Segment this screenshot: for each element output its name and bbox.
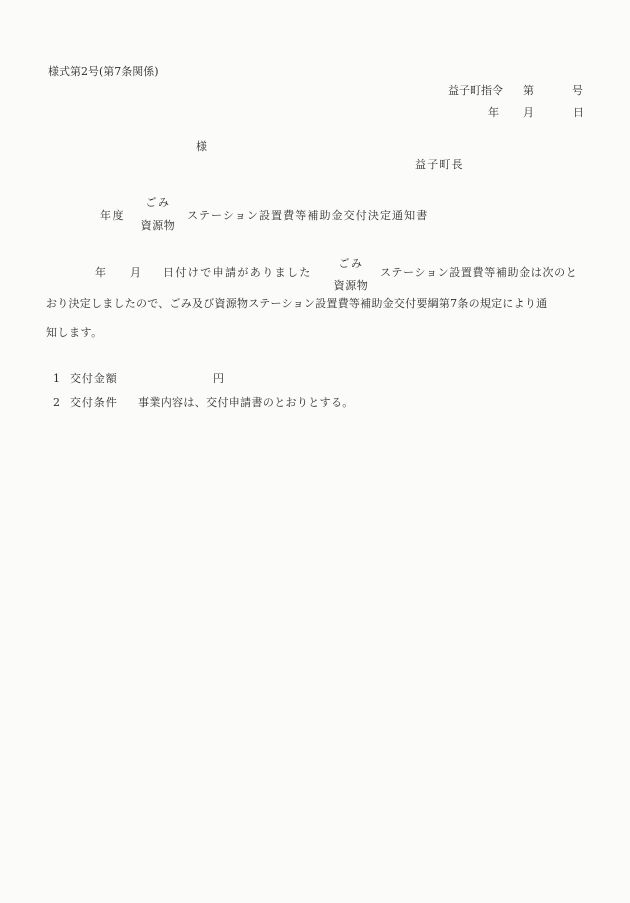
- item1-grant-amount-label: 交付金額: [70, 372, 118, 385]
- body-line1-rest: ステーション設置費等補助金は次のと: [380, 266, 577, 279]
- item2-number: 2: [53, 396, 60, 409]
- title-recyclables-label: 資源物: [141, 219, 176, 232]
- title-garbage-label: ごみ: [146, 196, 171, 209]
- item2-conditions-text: 事業内容は、交付申請書のとおりとする。: [138, 396, 354, 409]
- item1-yen-unit: 円: [213, 372, 224, 385]
- form-number: 様式第2号(第7条関係): [48, 65, 159, 78]
- document-title: ステーション設置費等補助金交付決定通知書: [187, 209, 428, 222]
- item1-number: 1: [53, 372, 60, 385]
- body-line3: 知します。: [46, 326, 103, 339]
- header-date-month-label: 月: [523, 106, 534, 119]
- item2-grant-conditions-label: 交付条件: [70, 396, 118, 409]
- body-date-month-label: 月: [130, 266, 141, 279]
- document-page: 様式第2号(第7条関係) 益子町指令 第 号 年 月 日 様 益子町長 年度 ご…: [0, 0, 630, 903]
- body-date-year-label: 年: [95, 266, 106, 279]
- body-recyclables-label: 資源物: [334, 279, 369, 292]
- sender-title: 益子町長: [415, 158, 464, 171]
- header-date-year-label: 年: [488, 106, 499, 119]
- header-date-day-label: 日: [573, 106, 584, 119]
- addressee-honorific: 様: [196, 140, 207, 153]
- title-fiscal-year-label: 年度: [100, 209, 125, 222]
- directive-issuer: 益子町指令: [448, 84, 503, 97]
- body-line2: おり決定しましたので、ごみ及び資源物ステーション設置費等補助金交付要綱第7条の規…: [46, 297, 547, 310]
- directive-number-label: 第: [523, 84, 534, 97]
- body-garbage-label: ごみ: [339, 257, 364, 270]
- directive-number-unit: 号: [572, 84, 583, 97]
- body-application-text: 日付けで申請がありました: [163, 266, 312, 279]
